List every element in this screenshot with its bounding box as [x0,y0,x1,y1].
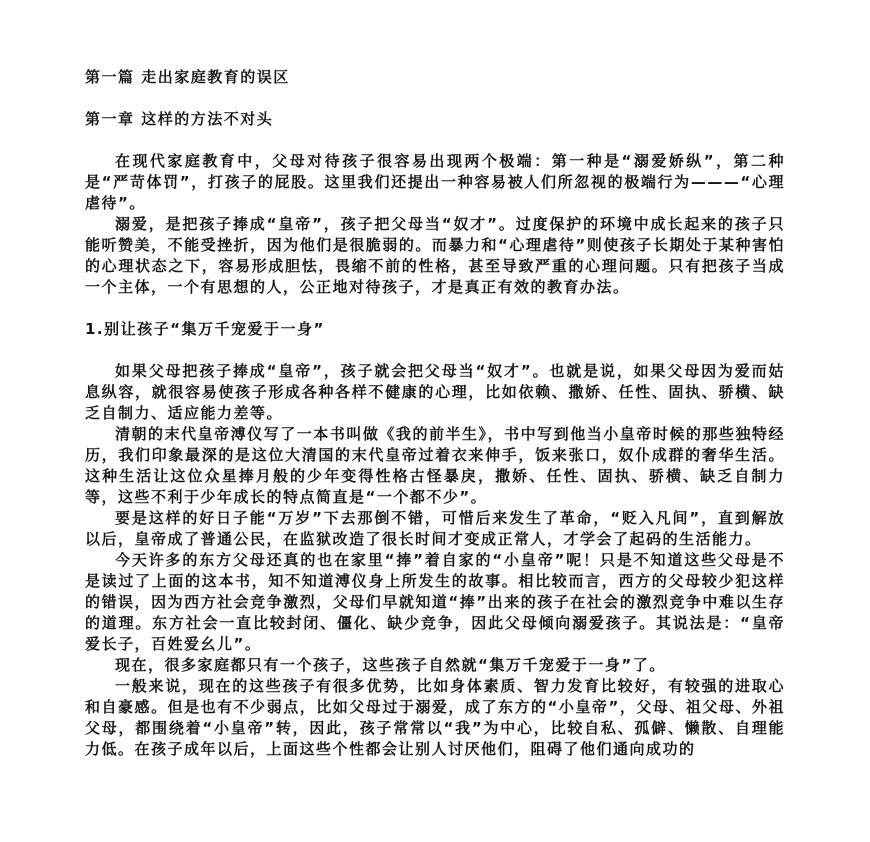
paragraph: 溺爱，是把孩子捧成“皇帝”，孩子把父母当“奴才”。过度保护的环境中成长起来的孩子… [85,214,785,298]
part-heading: 第一篇 走出家庭教育的误区 [85,67,785,88]
document-body: 第一篇 走出家庭教育的误区 第一章 这样的方法不对头 在现代家庭教育中，父母对待… [85,67,785,760]
document-page: 第一篇 走出家庭教育的误区 第一章 这样的方法不对头 在现代家庭教育中，父母对待… [0,0,870,842]
paragraph: 如果父母把孩子捧成“皇帝”，孩子就会把父母当“奴才”。也就是说，如果父母因为爱而… [85,361,785,424]
paragraph: 现在，很多家庭都只有一个孩子，这些孩子自然就“集万千宠爱于一身”了。 [85,655,785,676]
paragraph: 在现代家庭教育中，父母对待孩子很容易出现两个极端：第一种是“溺爱娇纵”，第二种是… [85,151,785,214]
paragraph: 要是这样的好日子能“万岁”下去那倒不错，可惜后来发生了革命，“贬入凡间”，直到解… [85,508,785,550]
paragraph: 一般来说，现在的这些孩子有很多优势，比如身体素质、智力发育比较好，有较强的进取心… [85,676,785,760]
chapter-heading: 第一章 这样的方法不对头 [85,109,785,130]
section-heading: 1.别让孩子“集万千宠爱于一身” [85,319,785,340]
paragraph: 今天许多的东方父母还真的也在家里“捧”着自家的“小皇帝”呢！只是不知道这些父母是… [85,550,785,655]
paragraph: 清朝的末代皇帝溥仪写了一本书叫做《我的前半生》，书中写到他当小皇帝时候的那些独特… [85,424,785,508]
